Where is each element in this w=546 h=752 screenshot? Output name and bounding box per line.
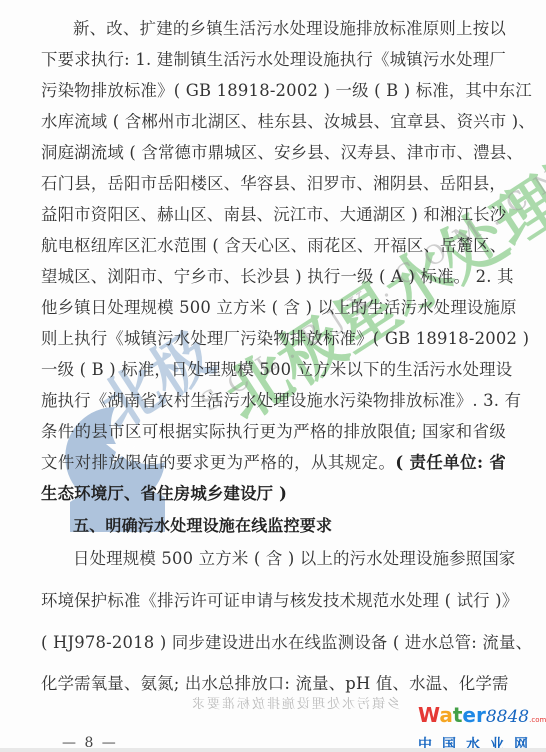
text-line: 洞庭湖流域 ( 含常德市鼎城区、安乡县、汉寿县、津市市、澧县、 <box>41 141 506 165</box>
text-line: 日处理规模 500 立方米 ( 含 ) 以上的污水处理设施参照国家 <box>73 547 506 571</box>
bleed-through-text: 乡镇污水处理设施排放标准要求 <box>170 697 400 713</box>
text-line: 水库流域 ( 含郴州市北湖区、桂东县、汝城县、宜章县、资兴市 )、 <box>41 110 506 134</box>
text-line: 污染物排放标准》( GB 18918-2002 ) 一级 ( B ) 标准，其中… <box>41 79 506 103</box>
text-line: 生态环境厅、省住房城乡建设厅 ) <box>41 482 506 506</box>
text-line: 他乡镇日处理规模 500 立方米 ( 含 ) 以上的生活污水处理设施原 <box>41 296 506 320</box>
logo-wordmark: Water8848.com <box>418 705 546 730</box>
text-line: 新、改、扩建的乡镇生活污水处理设施排放标准原则上按以 <box>73 17 506 41</box>
water8848-logo: Water8848.com 中国水业网 <box>418 705 546 750</box>
document-page: 北极 北极星水处理网 SCL.BJX.COM.CN 新、改、扩建的乡镇生活污水处… <box>0 0 546 752</box>
text-line: ( HJ978-2018 ) 同步建设进出水在线监测设备 ( 进水总管: 流量、 <box>41 631 506 655</box>
text-line: 航电枢纽库区汇水范围 ( 含天心区、雨花区、开福区、岳麓区、 <box>41 234 506 258</box>
text-line: 施执行《湖南省农村生活污水处理设施水污染物排放标准》. 3. 有 <box>41 389 506 413</box>
text-line: 望城区、浏阳市、宁乡市、长沙县 ) 执行一级 ( A ) 标准。 2. 其 <box>41 265 506 289</box>
responsible-unit-label: ( 责任单位: 省 <box>395 453 506 472</box>
page-bottom-edge <box>0 748 546 752</box>
section-heading: 五、明确污水处理设施在线监控要求 <box>73 514 506 538</box>
text-line: 条件的县市区可根据实际执行更为严格的排放限值; 国家和省级 <box>41 420 506 444</box>
text-line: 石门县，岳阳市岳阳楼区、华容县、汨罗市、湘阴县、岳阳县， <box>41 172 506 196</box>
text-line: 环境保护标准《排污许可证申请与核发技术规范水处理 ( 试行 )》 <box>41 589 506 613</box>
text-line: 下要求执行: 1. 建制镇生活污水处理设施执行《城镇污水处理厂 <box>41 48 506 72</box>
text-line: 文件对排放限值的要求更为严格的，从其规定。( 责任单位: 省 <box>41 451 506 475</box>
text-line: 则上执行《城镇污水处理厂污染物排放标准》( GB 18918-2002 ) <box>41 327 506 351</box>
responsible-unit-names: 生态环境厅、省住房城乡建设厅 ) <box>41 484 287 503</box>
text-line: 化学需氧量、氨氮; 出水总排放口: 流量、pH 值、水温、化学需 <box>41 672 506 696</box>
text-line: 益阳市资阳区、赫山区、南县、沅江市、大通湖区 ) 和湘江长沙 <box>41 203 506 227</box>
text-line: 一级 ( B ) 标准，日处理规模 500 立方米以下的生活污水处理设 <box>41 358 506 382</box>
